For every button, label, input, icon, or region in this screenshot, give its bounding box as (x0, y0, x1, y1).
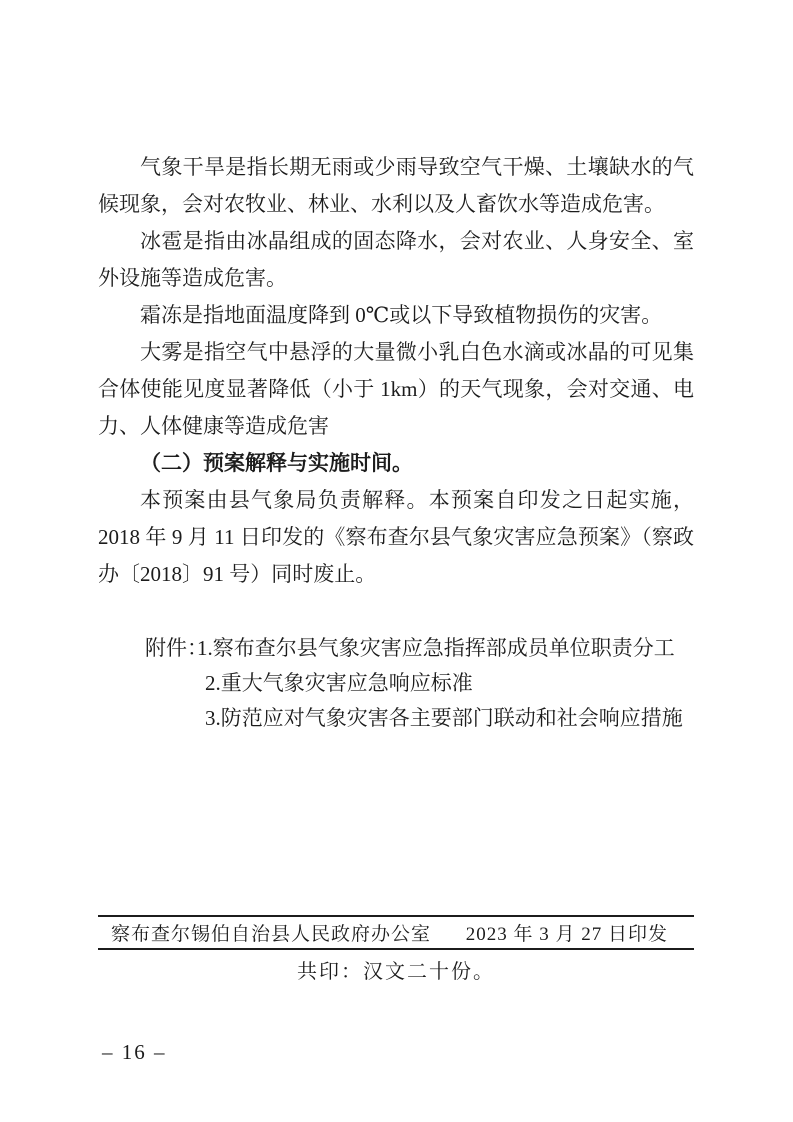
attachment-list: 附件： 1.察布查尔县气象灾害应急指挥部成员单位职责分工 2.重大气象灾害应急响… (98, 631, 694, 736)
attachment-item: 3.防范应对气象灾害各主要部门联动和社会响应措施 (205, 701, 694, 736)
document-page: 气象干旱是指长期无雨或少雨导致空气干燥、土壤缺水的气候现象，会对农牧业、林业、水… (0, 0, 793, 1122)
attachment-item: 2.重大气象灾害应急响应标准 (205, 666, 694, 701)
body-paragraph: 本预案由县气象局负责解释。本预案自印发之日起实施，2018 年 9 月 11 日… (98, 482, 694, 593)
attachment-item: 1.察布查尔县气象灾害应急指挥部成员单位职责分工 (197, 631, 694, 666)
print-date: 2023 年 3 月 27 日印发 (466, 919, 668, 946)
body-paragraph: 冰雹是指由冰晶组成的固态降水，会对农业、人身安全、室外设施等造成危害。 (98, 223, 694, 297)
copies-note: 共印：汉文二十份。 (98, 958, 694, 986)
page-number: – 16 – (102, 1040, 167, 1064)
attachment-label: 附件： (145, 631, 208, 666)
colophon: 察布查尔锡伯自治县人民政府办公室 2023 年 3 月 27 日印发 共印：汉文… (98, 915, 694, 986)
body-paragraph: 霜冻是指地面温度降到 0℃或以下导致植物损伤的灾害。 (98, 297, 694, 334)
section-heading: （二）预案解释与实施时间。 (98, 445, 694, 482)
issuing-office: 察布查尔锡伯自治县人民政府办公室 (111, 919, 431, 946)
body-paragraph: 气象干旱是指长期无雨或少雨导致空气干燥、土壤缺水的气候现象，会对农牧业、林业、水… (98, 149, 694, 223)
body-paragraph: 大雾是指空气中悬浮的大量微小乳白色水滴或冰晶的可见集合体使能见度显著降低（小于 … (98, 334, 694, 445)
document-body: 气象干旱是指长期无雨或少雨导致空气干燥、土壤缺水的气候现象，会对农牧业、林业、水… (98, 149, 694, 736)
colophon-row: 察布查尔锡伯自治县人民政府办公室 2023 年 3 月 27 日印发 (98, 915, 694, 950)
